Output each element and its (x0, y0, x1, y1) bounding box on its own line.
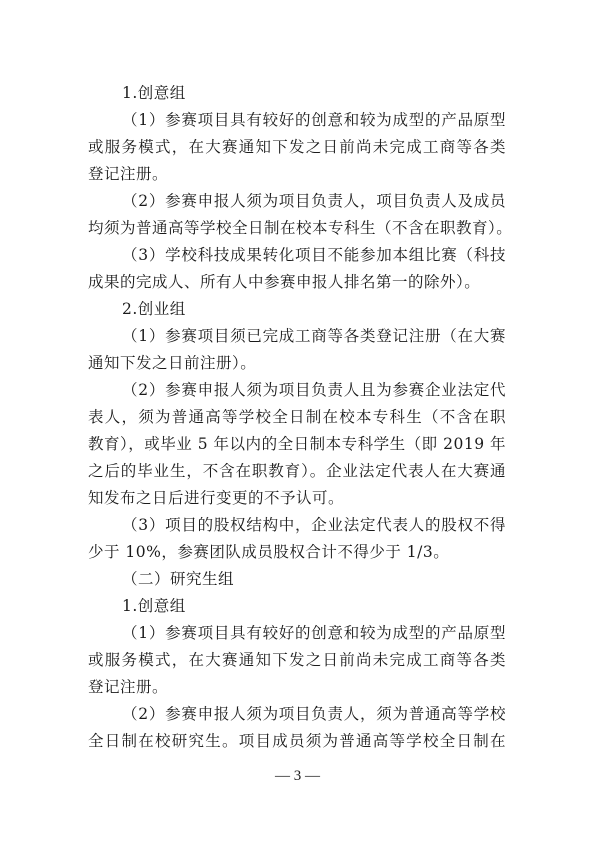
paragraph-line: 均须为普通高等学校全日制在校本专科生（不含在职教育）。 (88, 215, 506, 242)
paragraph-line: 之后的毕业生，不含在职教育）。企业法定代表人在大赛通 (88, 458, 506, 485)
paragraph-line: 通知下发之日前注册）。 (88, 350, 506, 377)
paragraph-line: 表人，须为普通高等学校全日制在校本专科生（不含在职 (88, 404, 506, 431)
paragraph-line: 登记注册。 (88, 161, 506, 188)
paragraph-line: 教育），或毕业 5 年以内的全日制本专科学生（即 2019 年 (88, 431, 506, 458)
document-body: 1.创意组 （1）参赛项目具有较好的创意和较为成型的产品原型 或服务模式，在大赛… (88, 80, 506, 755)
paragraph-line: （1）参赛项目具有较好的创意和较为成型的产品原型 (88, 107, 506, 134)
paragraph-line: 成果的完成人、所有人中参赛申报人排名第一的除外）。 (88, 269, 506, 296)
paragraph-line: 登记注册。 (88, 674, 506, 701)
paragraph-line: 少于 10%，参赛团队成员股权合计不得少于 1/3。 (88, 539, 506, 566)
paragraph-line: 或服务模式，在大赛通知下发之日前尚未完成工商等各类 (88, 647, 506, 674)
paragraph-line: （2）参赛申报人须为项目负责人且为参赛企业法定代 (88, 377, 506, 404)
paragraph-line: （1）参赛项目须已完成工商等各类登记注册（在大赛 (88, 323, 506, 350)
heading-creative-group: 1.创意组 (88, 80, 506, 107)
paragraph-line: （1）参赛项目具有较好的创意和较为成型的产品原型 (88, 620, 506, 647)
paragraph-line: （2）参赛申报人须为项目负责人，须为普通高等学校 (88, 701, 506, 728)
paragraph-line: 或服务模式，在大赛通知下发之日前尚未完成工商等各类 (88, 134, 506, 161)
heading-graduate-group: （二）研究生组 (88, 566, 506, 593)
paragraph-line: 全日制在校研究生。项目成员须为普通高等学校全日制在 (88, 728, 506, 755)
paragraph-line: （3）项目的股权结构中，企业法定代表人的股权不得 (88, 512, 506, 539)
paragraph-line: 知发布之日后进行变更的不予认可。 (88, 485, 506, 512)
heading-creative-group-2: 1.创意组 (88, 593, 506, 620)
paragraph-line: （3）学校科技成果转化项目不能参加本组比赛（科技 (88, 242, 506, 269)
heading-startup-group: 2.创业组 (88, 296, 506, 323)
paragraph-line: （2）参赛申报人须为项目负责人，项目负责人及成员 (88, 188, 506, 215)
page-number: — 3 — (0, 768, 595, 785)
